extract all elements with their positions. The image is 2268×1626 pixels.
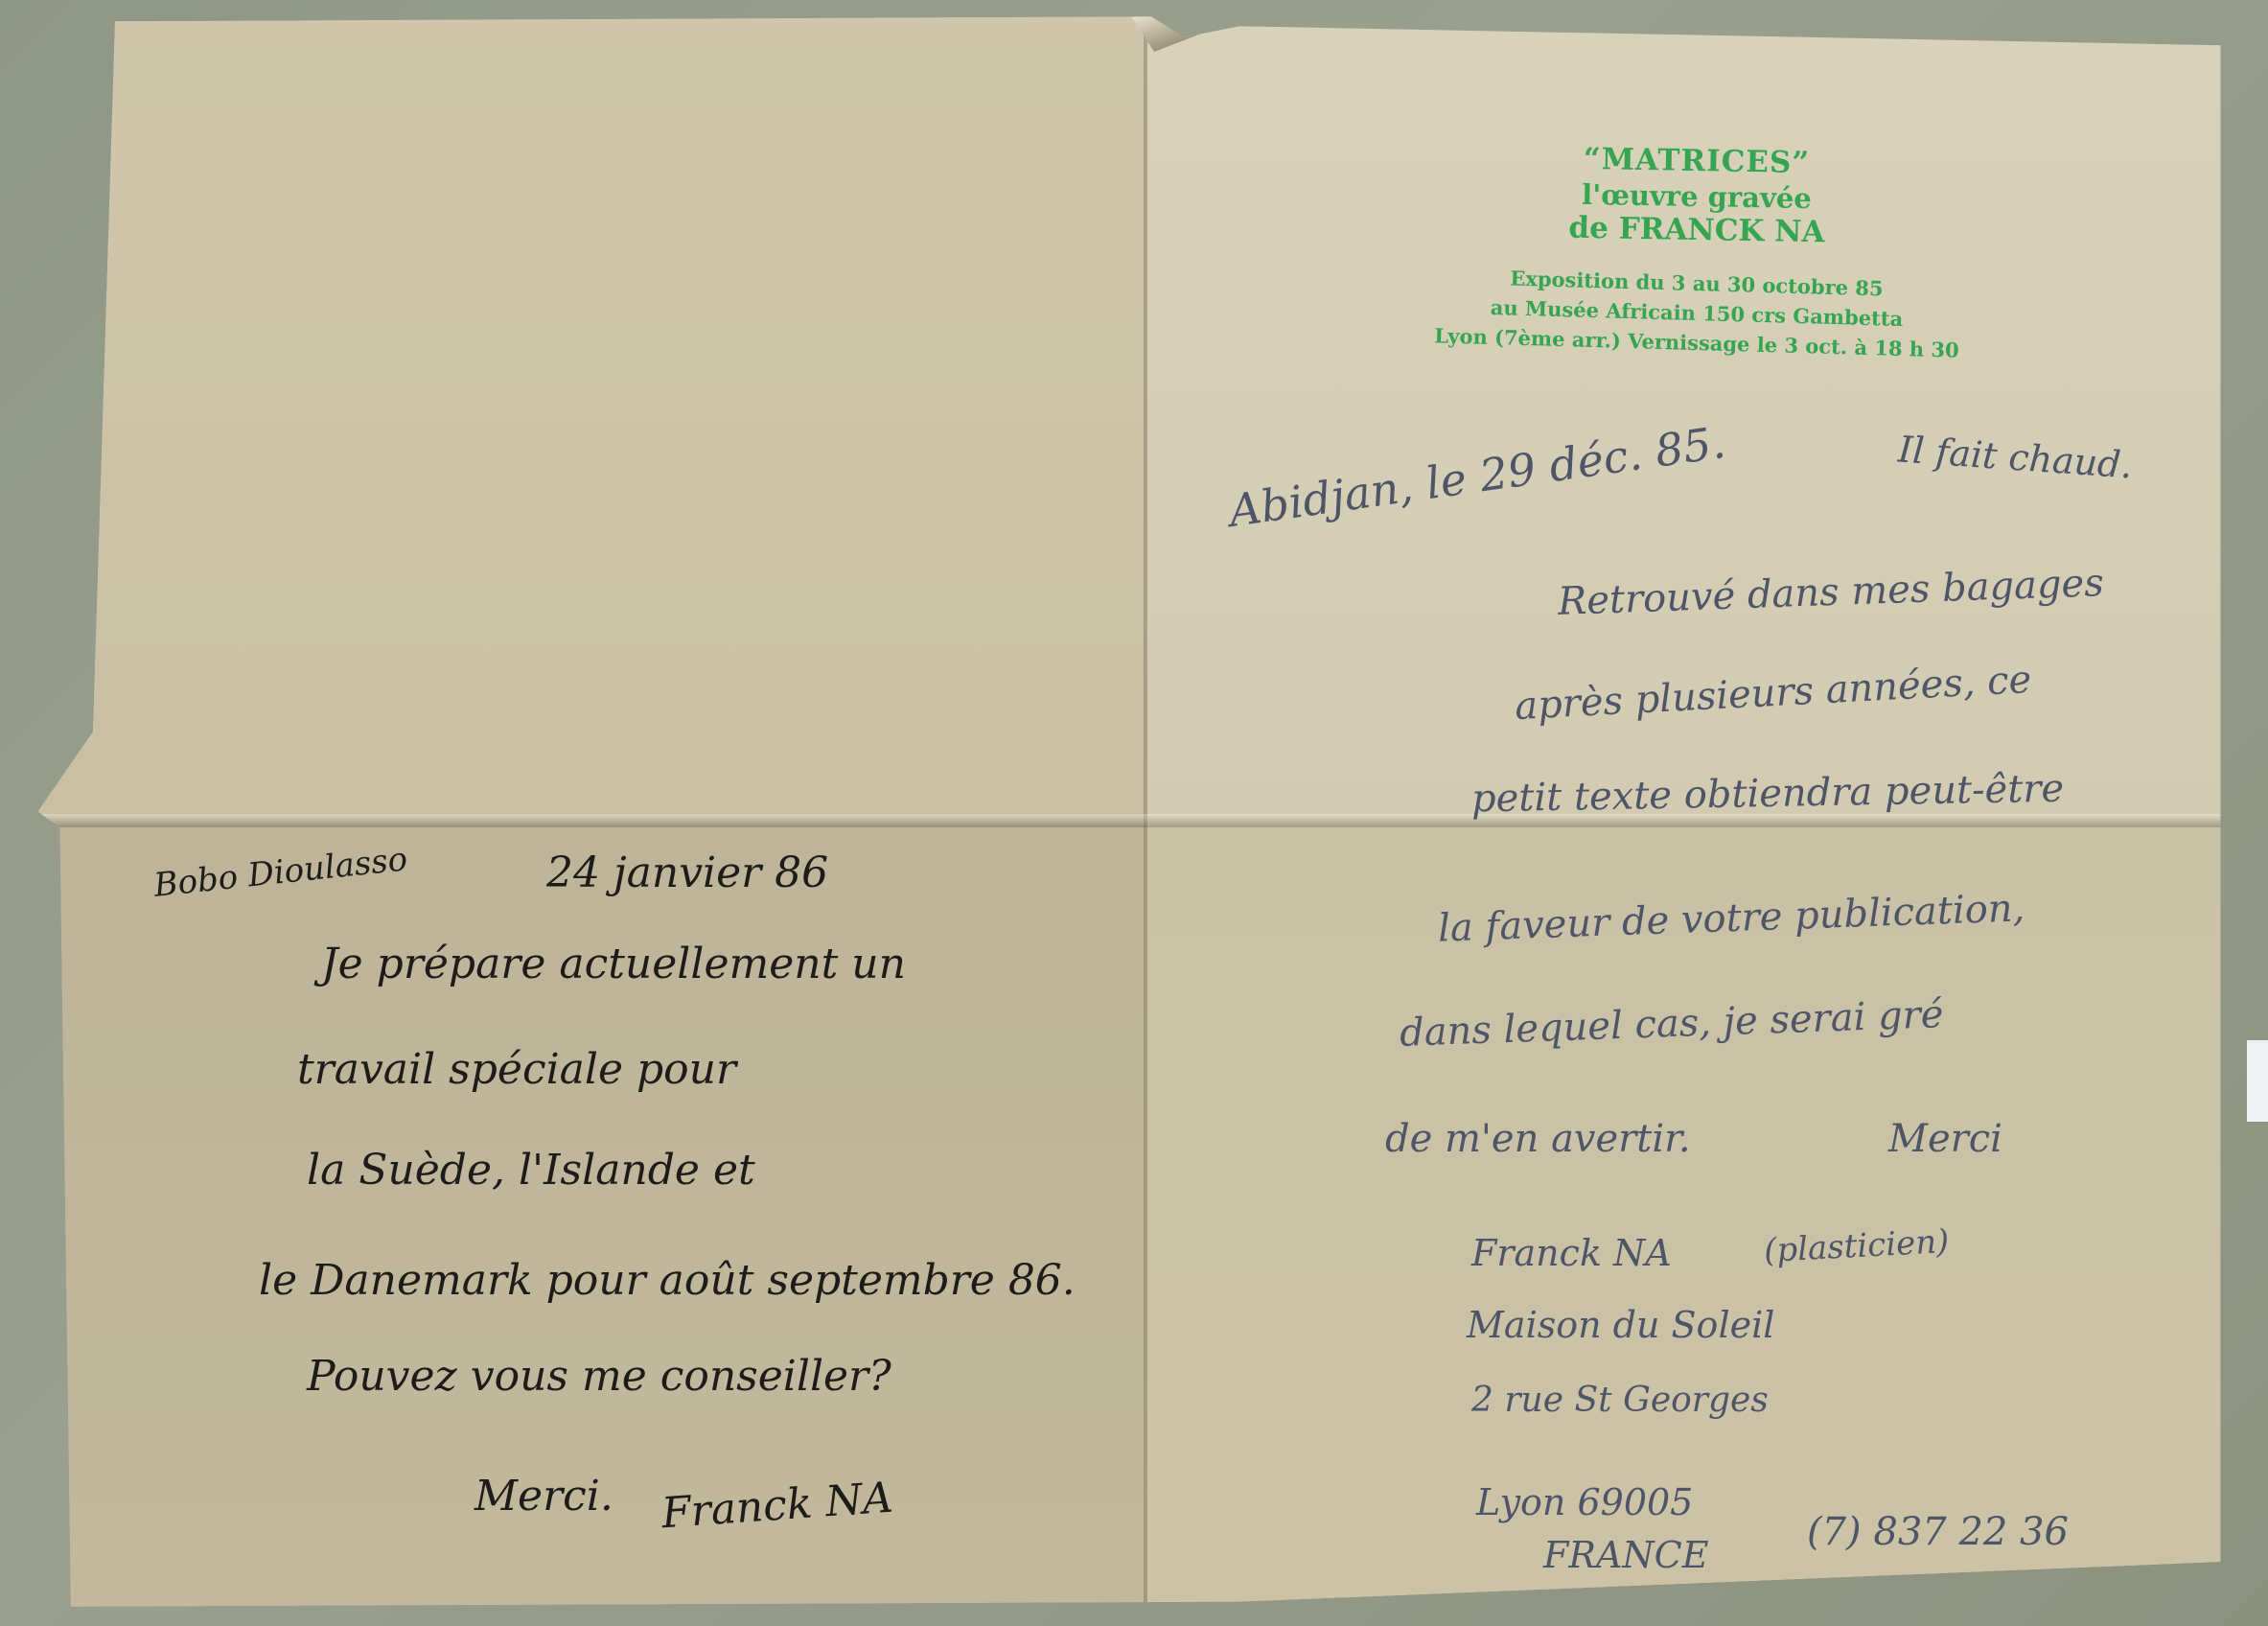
horizontal-fold	[27, 814, 2232, 827]
left-closing: Merci.	[474, 1472, 613, 1521]
address-line: Maison du Soleil	[1467, 1304, 1774, 1346]
address-line: 2 rue St Georges	[1471, 1381, 1769, 1420]
address-line: FRANCE	[1543, 1534, 1708, 1576]
left-body-line: le Danemark pour août septembre 86.	[259, 1256, 1076, 1305]
left-body-line: Pouvez vous me conseiller?	[307, 1352, 891, 1401]
address-line: Lyon 69005	[1476, 1481, 1693, 1523]
right-body-line: de m'en avertir.	[1385, 1117, 1691, 1161]
left-body-line: la Suède, l'Islande et	[307, 1146, 755, 1195]
phone-number: (7) 837 22 36	[1807, 1510, 2069, 1554]
vertical-fold	[1144, 13, 1147, 1610]
left-body-line: travail spéciale pour	[297, 1045, 736, 1094]
paper-tab	[2247, 1040, 2268, 1122]
left-date: 24 janvier 86	[546, 848, 828, 897]
printed-header: “MATRICES” l'œuvre gravée de FRANCK NA E…	[1361, 144, 2032, 358]
right-thanks: Merci	[1888, 1117, 2002, 1161]
signature-name: Franck NA	[1471, 1232, 1672, 1274]
left-body-line: Je prépare actuellement un	[321, 940, 906, 988]
